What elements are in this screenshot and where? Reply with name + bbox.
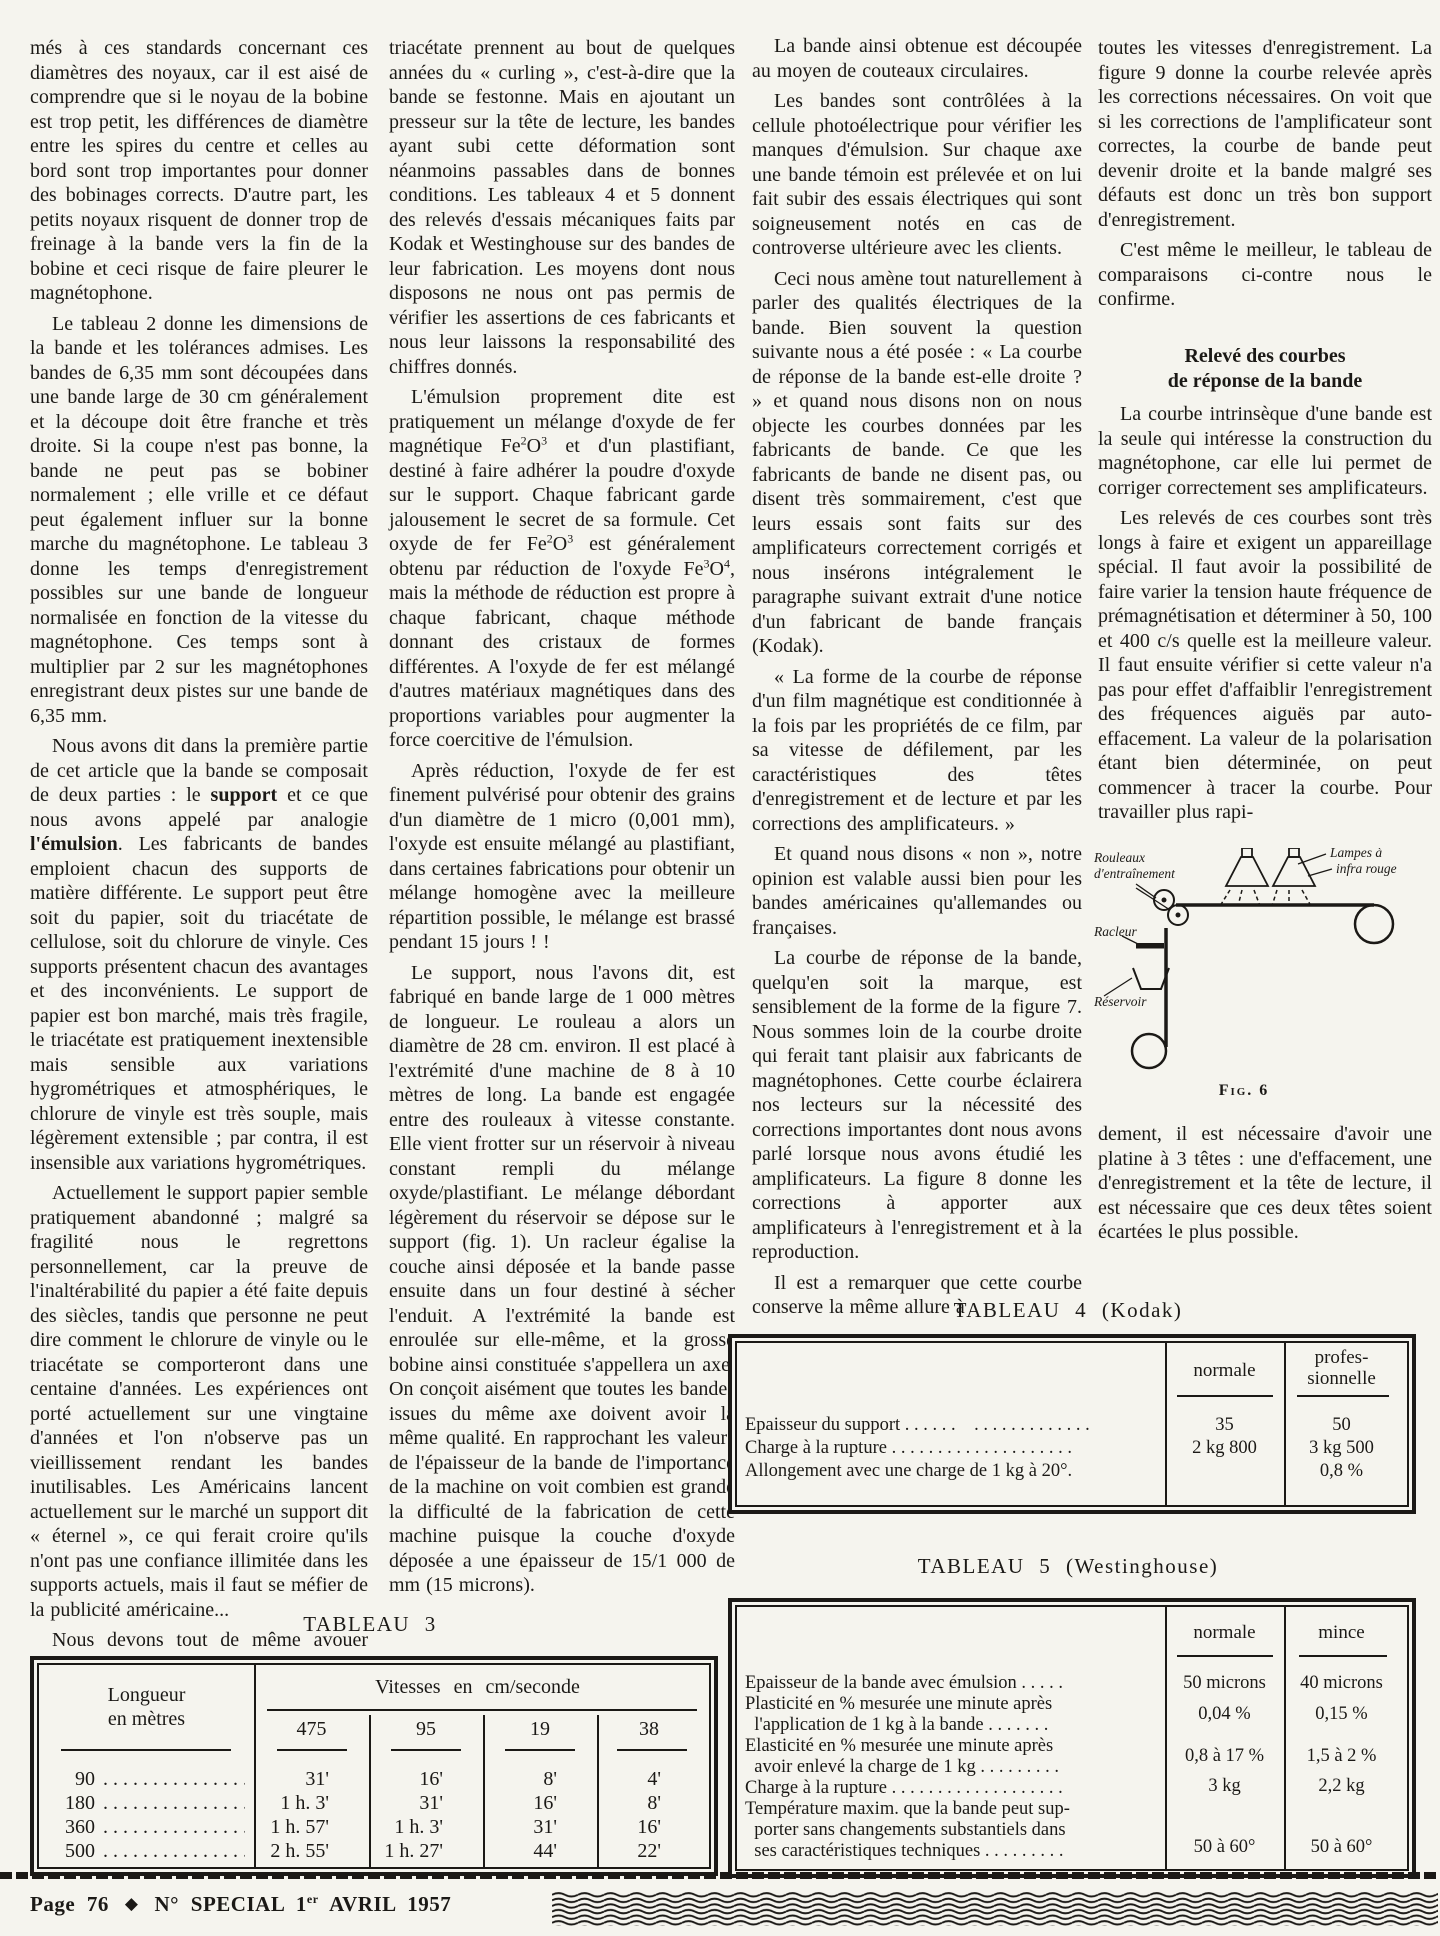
- paragraph: Le support, nous l'avons dit, est fabriq…: [389, 961, 735, 1598]
- article-column-4-top: toutes les vitesses d'enregistrement. La…: [1098, 36, 1432, 318]
- table5-value: 1,5 à 2 %: [1284, 1746, 1399, 1767]
- fig6-label-rollers-line2: d'entraînement: [1094, 866, 1176, 881]
- table3-rule: [391, 1749, 461, 1751]
- fig6-label-scraper: Racleur: [1093, 924, 1137, 939]
- tableau-5: normale mince Epaisseur de la bande avec…: [728, 1598, 1416, 1878]
- paragraph: Après réduction, l'oxyde de fer est fine…: [389, 759, 735, 955]
- table5-value: 50 à 60°: [1165, 1837, 1284, 1858]
- footer-page-number: Page 76: [30, 1892, 109, 1916]
- table5-value: 50 microns: [1165, 1673, 1284, 1694]
- table3-row-header: Longueur en mètres: [39, 1683, 254, 1731]
- table5-value: 2,2 kg: [1284, 1776, 1399, 1797]
- table5-rule: [1177, 1655, 1273, 1657]
- table3-rule: [505, 1749, 575, 1751]
- table5-inner-border: normale mince Epaisseur de la bande avec…: [735, 1605, 1409, 1871]
- table5-value: 0,04 %: [1165, 1704, 1284, 1725]
- fig6-diagram: Rouleaux d'entraînement Racleur Réservoi…: [1092, 848, 1437, 1113]
- table4-value: 0,8 %: [1284, 1461, 1399, 1482]
- fig6-label-reservoir: Réservoir: [1093, 994, 1147, 1009]
- table5-value: 3 kg: [1165, 1776, 1284, 1797]
- table5-row-labels: Epaisseur de la bande avec émulsion . . …: [745, 1673, 1161, 1862]
- table4-value: 35: [1165, 1415, 1284, 1436]
- table3-group-header: Vitesses en cm/seconde: [254, 1675, 701, 1699]
- tableau-3: Longueur en mètres Vitesses en cm/second…: [30, 1656, 718, 1876]
- paragraph: triacétate prennent au bout de quelques …: [389, 36, 735, 379]
- table4-row-label: Allongement avec une charge de 1 kg à 20…: [745, 1461, 1161, 1482]
- table-row: 180. . . . . . . . . . . . . . . . . . .…: [39, 1791, 709, 1815]
- table3-rule: [277, 1749, 347, 1751]
- table5-rule: [1299, 1655, 1387, 1657]
- table5-col-header: normale: [1165, 1621, 1284, 1645]
- table5-value: 40 microns: [1284, 1673, 1399, 1694]
- table3-speed-header: 95: [369, 1717, 483, 1741]
- table4-row-label: Charge à la rupture . . . . . . . . . . …: [745, 1438, 1161, 1459]
- table4-rule: [1177, 1395, 1273, 1397]
- article-column-3: La bande ainsi obtenue est découpée au m…: [752, 34, 1082, 1326]
- paragraph: « La forme de la courbe de réponse d'un …: [752, 665, 1082, 837]
- table3-speed-header: 38: [597, 1717, 701, 1741]
- table3-rule: [617, 1749, 687, 1751]
- paragraph: dement, il est nécessaire d'avoir une pl…: [1098, 1122, 1432, 1245]
- magazine-page: més à ces standards concernant ces diamè…: [0, 0, 1440, 1936]
- table3-speed-header: 475: [254, 1717, 369, 1741]
- paragraph: L'émulsion proprement dite est pratiquem…: [389, 385, 735, 753]
- paragraph: toutes les vitesses d'enregistrement. La…: [1098, 36, 1432, 232]
- table4-inner-border: normale profes- sionnelle Epaisseur du s…: [735, 1341, 1409, 1507]
- table5-divider: [1165, 1607, 1167, 1869]
- table3-title: TABLEAU 3: [30, 1612, 710, 1637]
- footer-wavy-lines: [552, 1892, 1438, 1926]
- article-column-2: triacétate prennent au bout de quelques …: [389, 36, 735, 1604]
- table3-rule: [267, 1709, 697, 1711]
- table-row: 500. . . . . . . . . . . . . . . . . . .…: [39, 1839, 709, 1863]
- paragraph: La bande ainsi obtenue est découpée au m…: [752, 34, 1082, 83]
- paragraph: La courbe intrinsèque d'une bande est la…: [1098, 402, 1432, 500]
- paragraph: Le tableau 2 donne les dimensions de la …: [30, 312, 368, 729]
- table-row: 90. . . . . . . . . . . . . . . . . . . …: [39, 1767, 709, 1791]
- article-column-1: més à ces standards concernant ces diamè…: [30, 36, 368, 1683]
- table4-value: 2 kg 800: [1165, 1438, 1284, 1459]
- table4-col-header: normale: [1165, 1359, 1284, 1383]
- footer: Page 76◆N° SPECIAL 1er AVRIL 1957: [30, 1892, 451, 1917]
- table5-col-header: mince: [1284, 1621, 1399, 1645]
- paragraph: Actuellement le support papier semble pr…: [30, 1181, 368, 1622]
- table5-value: 50 à 60°: [1284, 1837, 1399, 1858]
- table5-value: 0,8 à 17 %: [1165, 1746, 1284, 1767]
- paragraph: C'est même le meilleur, le tableau de co…: [1098, 238, 1432, 312]
- paragraph: Les bandes sont contrôlées à la cellule …: [752, 89, 1082, 261]
- diamond-icon: ◆: [125, 1894, 139, 1913]
- table5-value: 0,15 %: [1284, 1704, 1399, 1725]
- article-column-4-middle: La courbe intrinsèque d'une bande est la…: [1098, 402, 1432, 831]
- table4-title: TABLEAU 4 (Kodak): [728, 1298, 1408, 1323]
- table-row: 360. . . . . . . . . . . . . . . . . . .…: [39, 1815, 709, 1839]
- fig6-label-rollers: Rouleaux: [1093, 850, 1145, 865]
- table5-divider: [1284, 1607, 1286, 1869]
- fig6-label-lamps: Lampes à: [1329, 848, 1382, 860]
- fig6-label-lamps-line2: infra rouge: [1336, 861, 1397, 876]
- paragraph: Nous avons dit dans la première partie d…: [30, 734, 368, 1175]
- table5-title: TABLEAU 5 (Westinghouse): [728, 1554, 1408, 1579]
- tableau-4: normale profes- sionnelle Epaisseur du s…: [728, 1334, 1416, 1514]
- fig6-caption: Fig. 6: [1219, 1082, 1270, 1099]
- paragraph: Les relevés de ces courbes sont très lon…: [1098, 506, 1432, 825]
- footer-divider: [0, 1872, 1440, 1879]
- table4-rule: [1297, 1395, 1389, 1397]
- table3-inner-border: Longueur en mètres Vitesses en cm/second…: [37, 1663, 711, 1869]
- article-column-4-bottom: dement, il est nécessaire d'avoir une pl…: [1098, 1122, 1432, 1251]
- table4-value: 3 kg 500: [1284, 1438, 1399, 1459]
- table3-speed-header: 19: [483, 1717, 597, 1741]
- footer-issue: N° SPECIAL 1er AVRIL 1957: [154, 1892, 451, 1916]
- section-heading: Relevé des courbesde réponse de la bande: [1098, 344, 1432, 394]
- table4-value: 50: [1284, 1415, 1399, 1436]
- table4-col-header: profes- sionnelle: [1284, 1347, 1399, 1389]
- paragraph: Et quand nous disons « non », notre opin…: [752, 842, 1082, 940]
- paragraph: més à ces standards concernant ces diamè…: [30, 36, 368, 306]
- table4-row-label: Epaisseur du support . . . . . . . . . .…: [745, 1415, 1161, 1436]
- paragraph: La courbe de réponse de la bande, quelqu…: [752, 946, 1082, 1265]
- paragraph: Ceci nous amène tout naturellement à par…: [752, 267, 1082, 659]
- table3-rule: [61, 1749, 231, 1751]
